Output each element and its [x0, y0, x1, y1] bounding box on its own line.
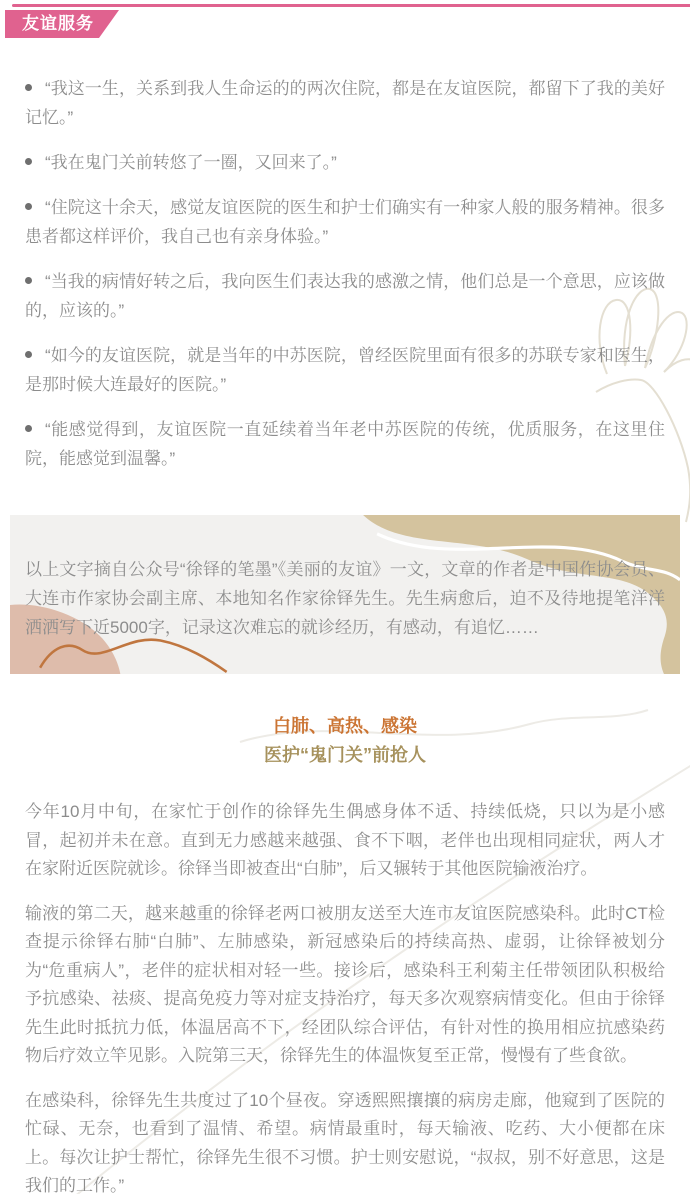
quote-item: “能感觉得到，友谊医院一直延续着当年老中苏医院的传统，优质服务，在这里住院，能感… [25, 415, 665, 473]
quotes-section: “我这一生，关系到我人生命运的的两次住院，都是在友谊医院，都留下了我的美好记忆。… [0, 74, 690, 473]
quote-text: “我这一生，关系到我人生命运的的两次住院，都是在友谊医院，都留下了我的美好记忆。… [25, 79, 665, 127]
page-header: 友谊服务 [0, 0, 690, 48]
quote-item: “住院这十余天，感觉友谊医院的医生和护士们确实有一种家人般的服务精神。很多患者都… [25, 193, 665, 251]
bullet-icon [25, 158, 32, 165]
article-paragraph: 今年10月中旬，在家忙于创作的徐铎先生偶感身体不适、持续低烧，只以为是小感冒，起… [25, 798, 665, 884]
article-title-line2: 医护“鬼门关”前抢人 [25, 741, 665, 770]
article-page: 友谊服务 “我这一生，关系到我人生命运的的两次住院，都是在友谊医院，都留下了我的… [0, 0, 690, 1194]
bullet-icon [25, 425, 32, 432]
quote-item: “我这一生，关系到我人生命运的的两次住院，都是在友谊医院，都留下了我的美好记忆。… [25, 74, 665, 132]
article-paragraph: 输液的第二天，越来越重的徐铎老两口被朋友送至大连市友谊医院感染科。此时CT检查提… [25, 900, 665, 1071]
bullet-icon [25, 277, 32, 284]
quote-text: “住院这十余天，感觉友谊医院的医生和护士们确实有一种家人般的服务精神。很多患者都… [25, 198, 665, 246]
quote-text: “能感觉得到，友谊医院一直延续着当年老中苏医院的传统，优质服务，在这里住院，能感… [25, 420, 665, 468]
article-section: 白肺、高热、感染 医护“鬼门关”前抢人 今年10月中旬，在家忙于创作的徐铎先生偶… [0, 712, 690, 1194]
quote-text: “我在鬼门关前转悠了一圈，又回来了。” [45, 153, 337, 172]
quote-item: “我在鬼门关前转悠了一圈，又回来了。” [25, 148, 665, 177]
article-title-line1: 白肺、高热、感染 [25, 712, 665, 741]
quote-text: “如今的友谊医院，就是当年的中苏医院，曾经医院里面有很多的苏联专家和医生，是那时… [25, 346, 665, 394]
quote-item: “如今的友谊医院，就是当年的中苏医院，曾经医院里面有很多的苏联专家和医生，是那时… [25, 341, 665, 399]
header-accent-line [12, 4, 690, 7]
quote-item: “当我的病情好转之后，我向医生们表达我的感激之情，他们总是一个意思，应该做的，应… [25, 267, 665, 325]
bullet-icon [25, 203, 32, 210]
section-badge-label: 友谊服务 [22, 14, 94, 33]
bullet-icon [25, 351, 32, 358]
source-note-text: 以上文字摘自公众号“徐铎的笔墨”《美丽的友谊》一文，文章的作者是中国作协会员、大… [25, 555, 665, 642]
bullet-icon [25, 84, 32, 91]
section-badge: 友谊服务 [5, 10, 119, 38]
article-paragraph: 在感染科，徐铎先生共度过了10个昼夜。穿透熙熙攘攘的病房走廊，他窥到了医院的忙碌… [25, 1087, 665, 1194]
quote-text: “当我的病情好转之后，我向医生们表达我的感激之情，他们总是一个意思，应该做的，应… [25, 272, 665, 320]
source-note-panel: 以上文字摘自公众号“徐铎的笔墨”《美丽的友谊》一文，文章的作者是中国作协会员、大… [10, 515, 680, 674]
